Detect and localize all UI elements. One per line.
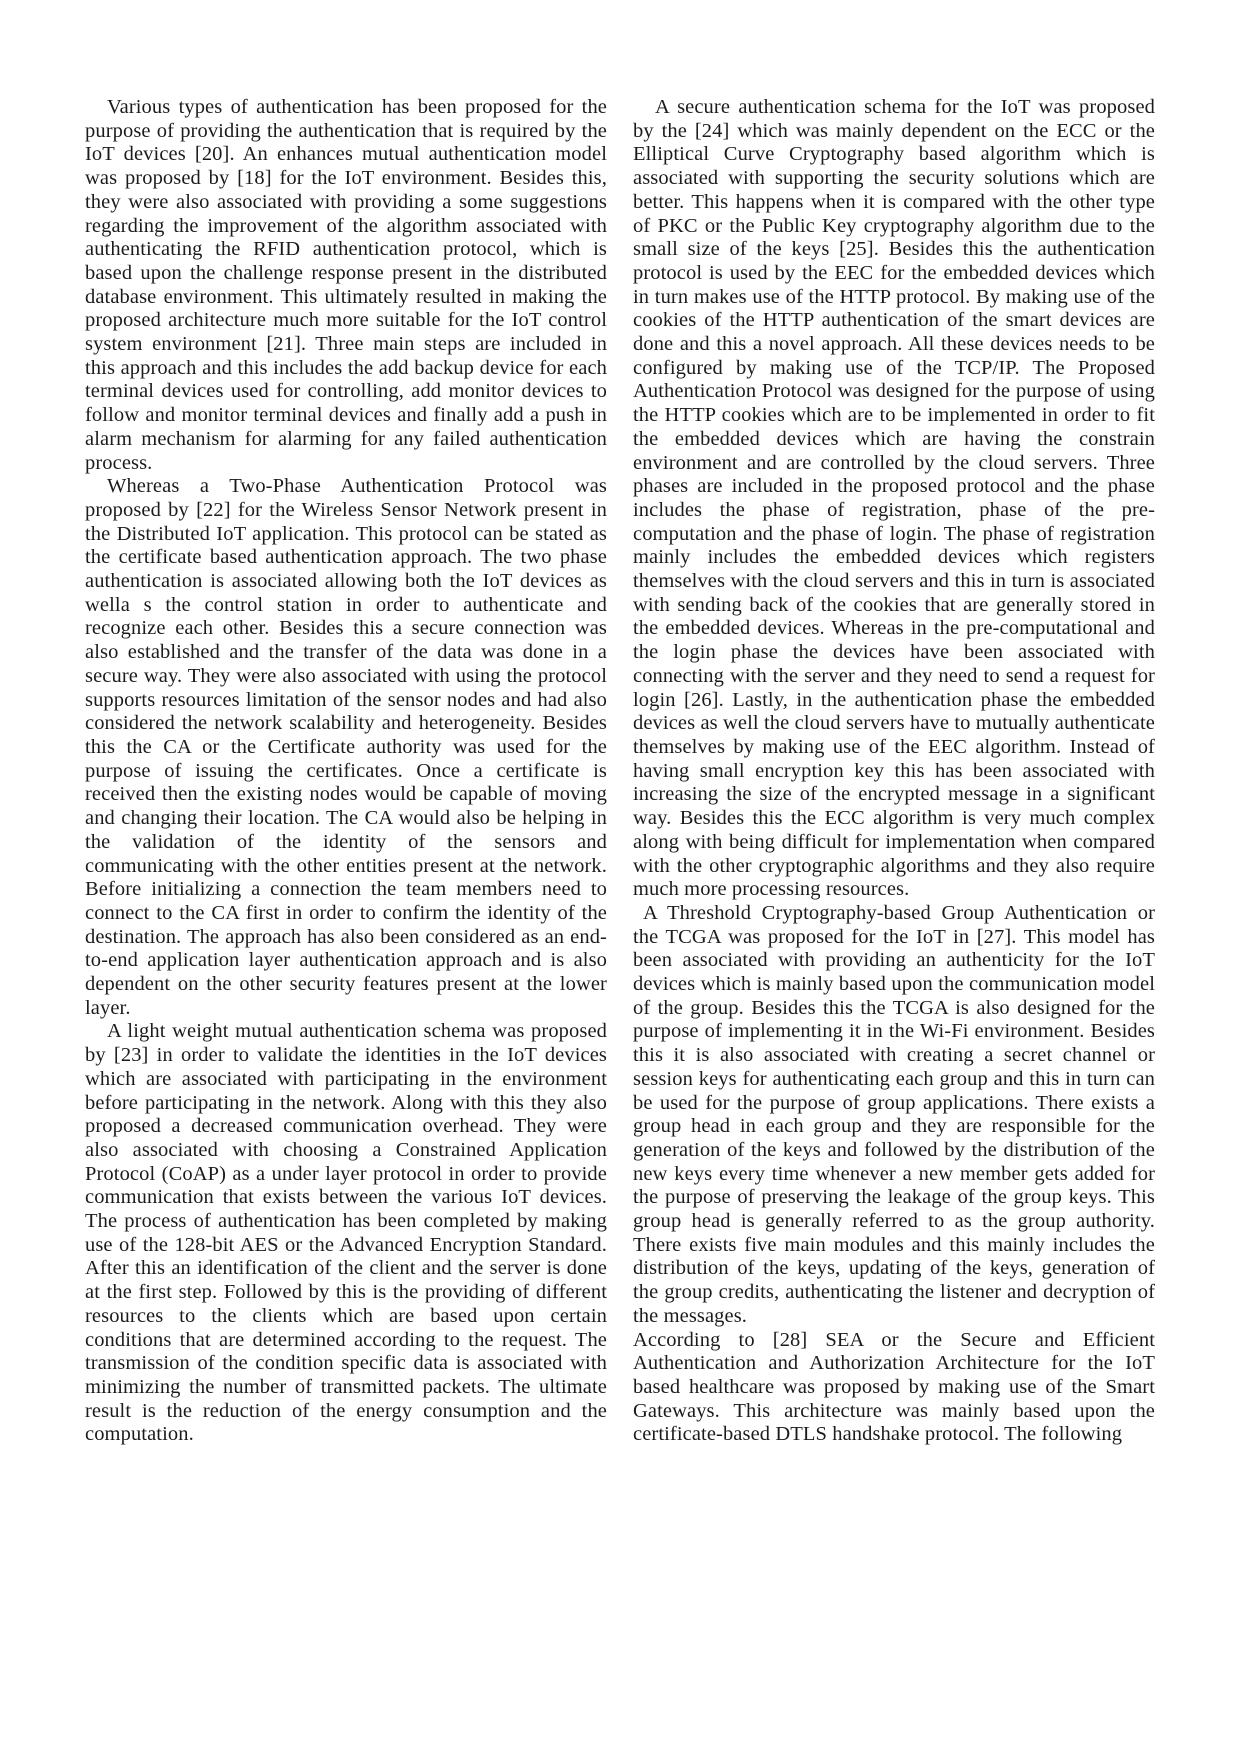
paragraph: Various types of authentication has been… <box>85 96 607 475</box>
paragraph: A Threshold Cryptography-based Group Aut… <box>633 902 1155 1329</box>
paragraph: Whereas a Two-Phase Authentication Proto… <box>85 475 607 1020</box>
text-column-left: Various types of authentication has been… <box>85 96 607 1447</box>
paragraph: A light weight mutual authentication sch… <box>85 1020 607 1447</box>
paragraph: A secure authentication schema for the I… <box>633 96 1155 902</box>
text-columns: Various types of authentication has been… <box>85 96 1155 1447</box>
text-column-right: A secure authentication schema for the I… <box>633 96 1155 1447</box>
paper-page: Various types of authentication has been… <box>0 0 1241 1754</box>
paragraph: According to [28] SEA or the Secure and … <box>633 1329 1155 1448</box>
